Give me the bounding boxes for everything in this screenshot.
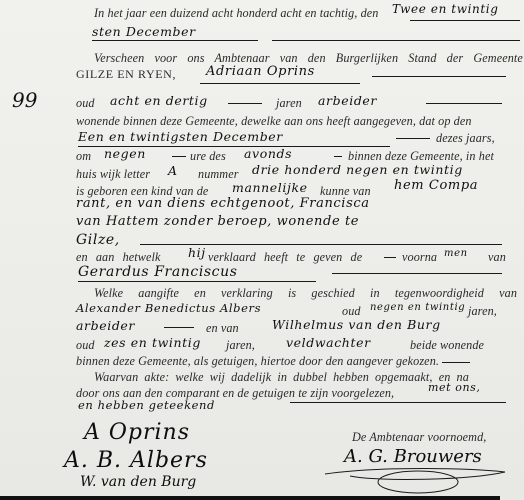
printed-at: om: [76, 149, 91, 164]
dash: [172, 156, 186, 157]
handwritten-sex: mannelijke: [232, 180, 308, 195]
handwritten-witness2-occupation: veldwachter: [286, 335, 371, 350]
handwritten-witness2-name: Wilhelmus van den Burg: [272, 317, 441, 332]
handwritten-mother-surname: van Hattem zonder beroep, wonende te: [76, 214, 359, 229]
handwritten-house-letter: A: [168, 163, 178, 178]
handwritten-father: hem Compa: [394, 178, 478, 193]
scan-edge-margin: [500, 496, 524, 500]
signature-witness-2: W. van den Burg: [80, 474, 196, 490]
printed-years-label: jaren,: [468, 304, 497, 319]
printed-hour-of: ure des: [190, 149, 226, 164]
handwritten-day: Twee en twintig: [392, 2, 499, 16]
dash: [334, 156, 342, 157]
printed-and-of: en van: [206, 321, 239, 336]
dash: [426, 103, 502, 104]
scan-edge: [0, 496, 500, 500]
printed-age-label: oud: [76, 96, 95, 111]
handwritten-residence: Gilze,: [76, 232, 120, 248]
handwritten-names-suffix: men: [444, 248, 468, 259]
handwritten-declarant-occupation: arbeider: [318, 93, 377, 108]
printed-residing: wonende binnen deze Gemeente, dewelke aa…: [76, 114, 472, 129]
handwritten-declarant-name: Adriaan Oprins: [206, 64, 315, 79]
handwritten-child-name: Gerardus Franciscus: [78, 264, 238, 280]
handwritten-with-us: met ons,: [428, 381, 481, 394]
printed-first-name: voorna: [402, 250, 437, 265]
handwritten-witness2-age: zes en twintig: [104, 335, 201, 350]
handwritten-house-number: drie honderd negen en twintig: [252, 162, 463, 177]
printed-of: van: [488, 250, 506, 265]
dash: [384, 257, 396, 258]
signature-witness-1: A. B. Albers: [64, 448, 208, 473]
signature-flourish-icon: [320, 462, 510, 496]
underline: [332, 273, 502, 274]
printed-years-label: jaren: [276, 96, 302, 111]
underline: [372, 76, 506, 77]
record-number: 99: [12, 88, 37, 112]
printed-and-to-which: en aan hetwelk: [76, 250, 161, 265]
printed-declared-give: verklaard heeft te geven de: [208, 250, 362, 265]
dash: [228, 103, 262, 104]
underline: [92, 40, 258, 41]
underline: [200, 83, 360, 84]
printed-as-witnesses: binnen deze Gemeente, als getuigen, hier…: [76, 354, 439, 369]
handwritten-witness1-age: negen en twintig: [370, 302, 465, 313]
printed-both-residing: beide wonende: [410, 338, 484, 353]
printed-house-letter: huis wijk letter: [76, 167, 150, 182]
handwritten-witness1-occupation: arbeider: [76, 318, 135, 333]
printed-whereof-deed: Waarvan akte: welke wij dadelijk in dubb…: [94, 370, 469, 385]
municipality-name: GILZE EN RYEN,: [76, 67, 176, 82]
underline: [78, 281, 316, 282]
handwritten-declarant-age: acht en dertig: [110, 93, 208, 108]
handwritten-witness1-name: Alexander Benedictus Albers: [76, 301, 261, 315]
handwritten-have-signed: en hebben geteekend: [78, 398, 215, 412]
printed-witnesses-intro: Welke aangifte en verklaring is geschied…: [94, 286, 517, 301]
birth-record-page: In het jaar een duizend acht honderd ach…: [0, 0, 524, 496]
dash: [442, 362, 470, 363]
dash: [164, 327, 194, 328]
handwritten-month: sten December: [92, 24, 196, 39]
dash: [396, 138, 430, 139]
printed-years-label: jaren,: [226, 338, 255, 353]
printed-this-year: dezes jaars,: [436, 131, 495, 146]
underline: [290, 402, 506, 403]
handwritten-birth-date: Een en twintigsten December: [78, 129, 283, 144]
handwritten-time-of-day: avonds: [244, 146, 292, 161]
handwritten-he: hij: [188, 245, 206, 260]
underline: [410, 20, 520, 21]
printed-date-intro: In het jaar een duizend acht honderd ach…: [94, 6, 378, 21]
official-closing-label: De Ambtenaar voornoemd,: [352, 430, 486, 445]
handwritten-mother: rant, en van diens echtgenoot, Francisca: [76, 196, 370, 211]
handwritten-hour: negen: [104, 146, 146, 161]
signature-declarant: A Oprins: [84, 420, 190, 445]
underline: [272, 40, 520, 41]
printed-age-label: oud: [76, 338, 95, 353]
